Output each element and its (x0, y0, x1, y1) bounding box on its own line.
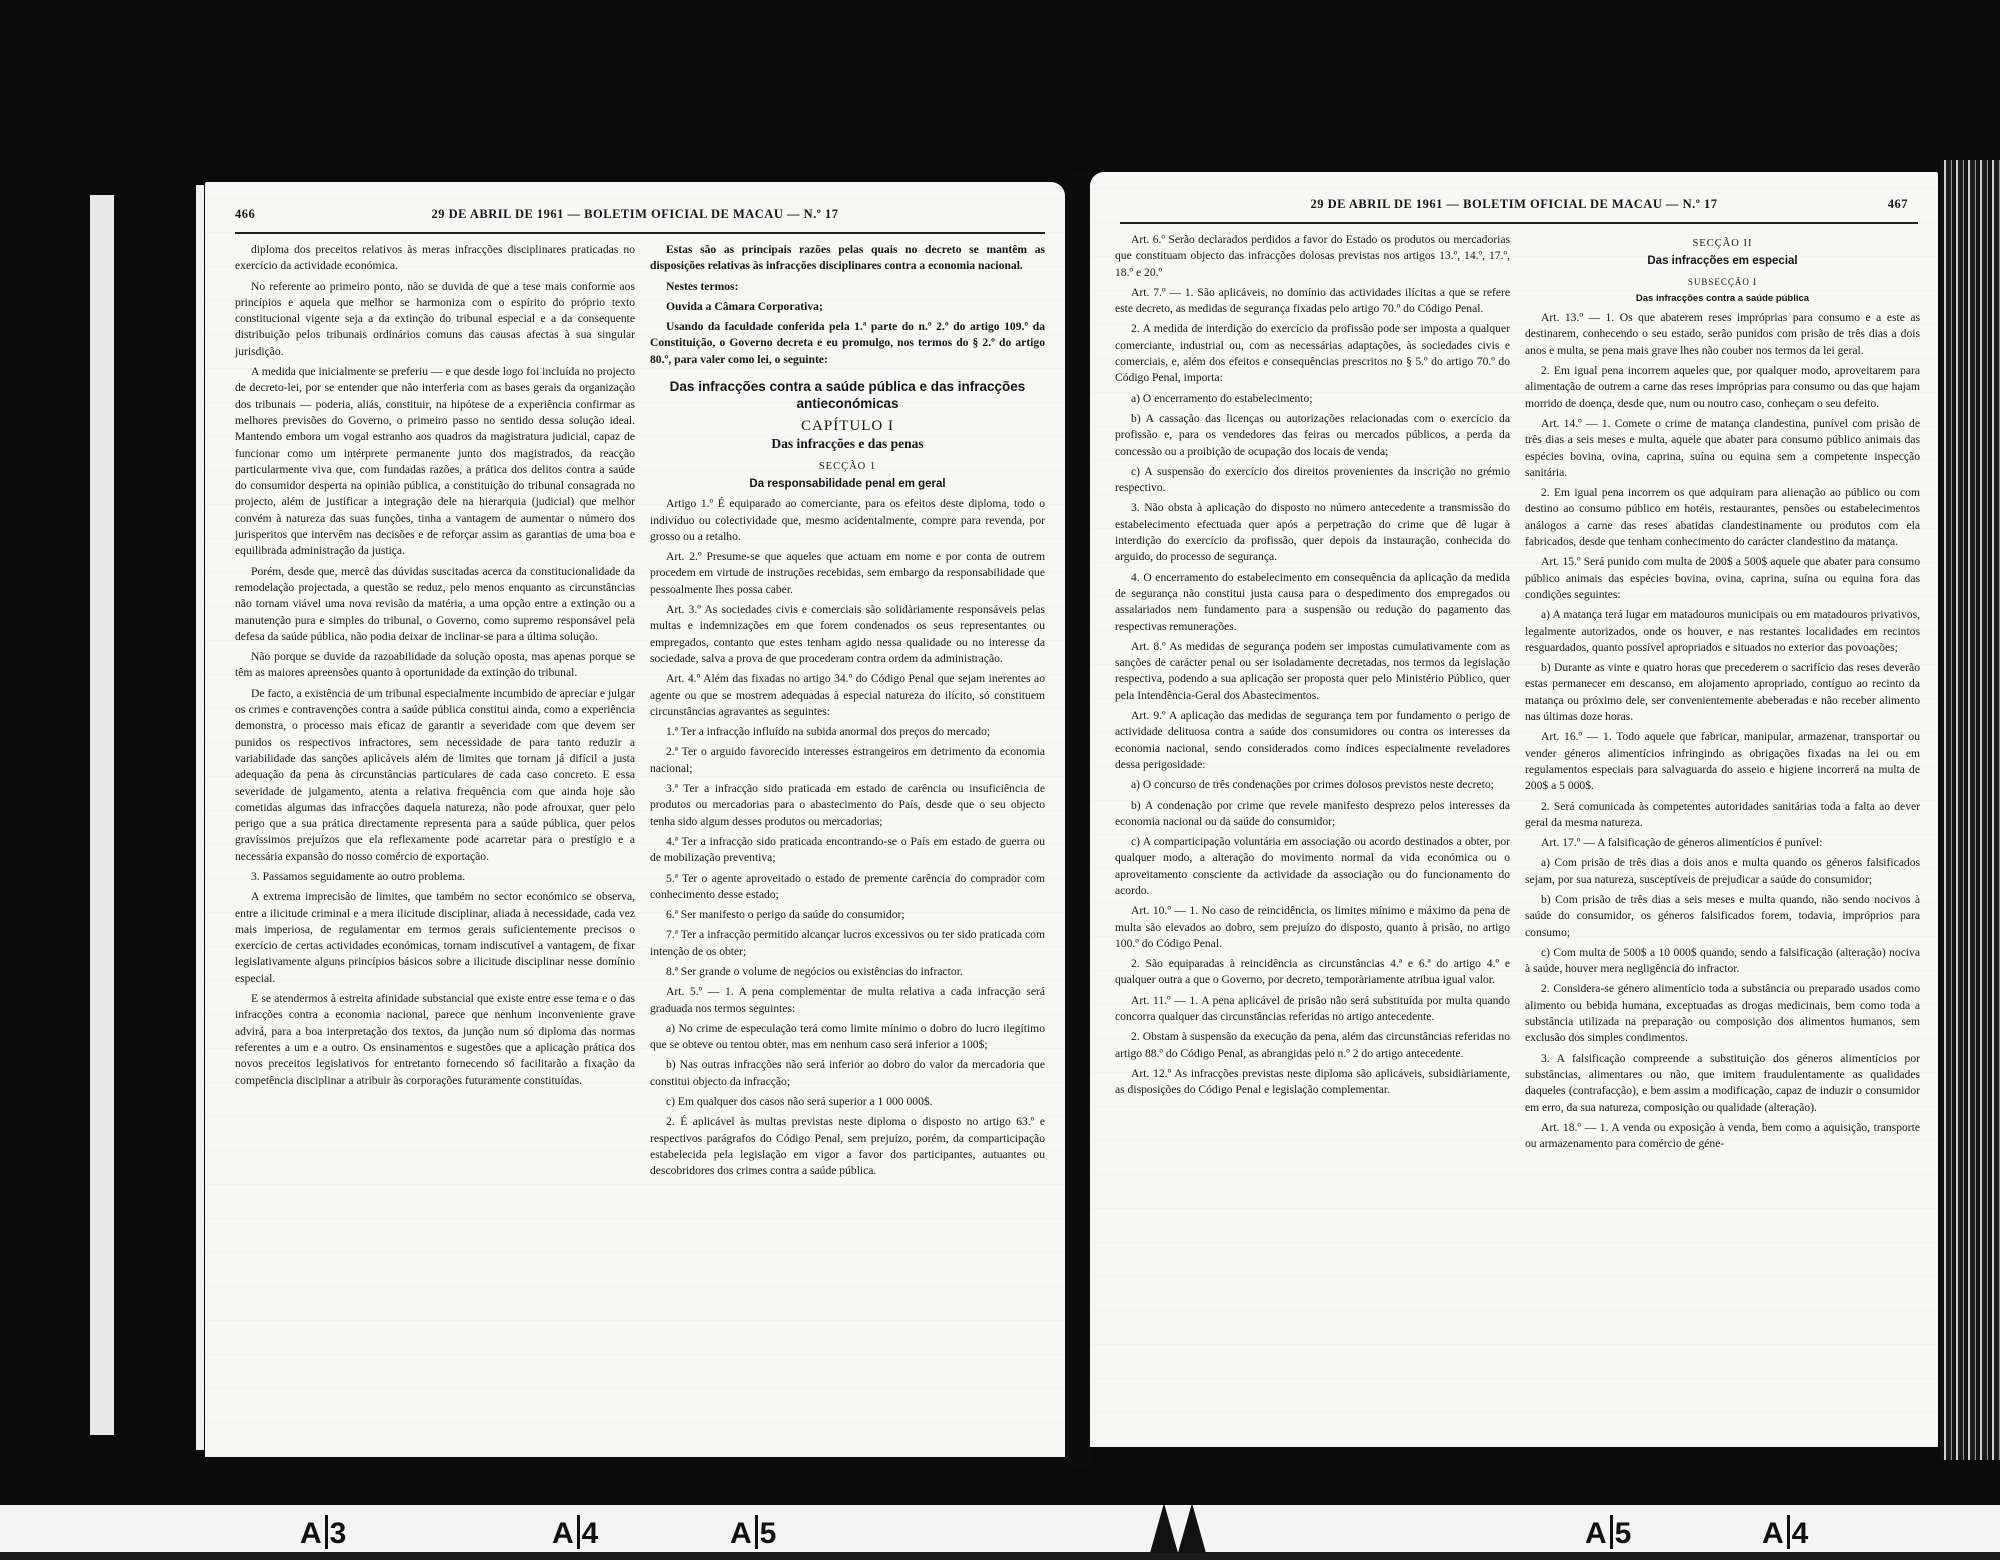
paragraph: 1.ª Ter a infracção influído na subida a… (650, 724, 1045, 740)
paragraph: 2. Obstam à suspensão da execução da pen… (1115, 1029, 1510, 1062)
film-marker: A3 (300, 1515, 347, 1551)
subsection-heading: SUBSECÇÃO I (1525, 274, 1920, 290)
paragraph: Porém, desde que, mercê das dúvidas susc… (235, 564, 635, 645)
paragraph: Art. 4.º Além das fixadas no artigo 34.º… (650, 671, 1045, 720)
paragraph: a) Com prisão de três dias a dois anos e… (1525, 855, 1920, 888)
paragraph: Art. 8.º As medidas de segurança podem s… (1115, 639, 1510, 704)
paragraph: A extrema imprecisão de limites, que tam… (235, 889, 635, 987)
paragraph: c) A suspensão do exercício dos direitos… (1115, 464, 1510, 497)
paragraph: diploma dos preceitos relativos às meras… (235, 242, 635, 275)
paragraph: 3. A falsificação compreende a substitui… (1525, 1051, 1920, 1116)
left-page: 466 29 DE ABRIL DE 1961 — BOLETIM OFICIA… (205, 182, 1065, 1457)
paragraph: Art. 9.º A aplicação das medidas de segu… (1115, 708, 1510, 773)
subsection-title: Das infracções contra a saúde pública (1525, 291, 1920, 307)
paragraph: Art. 14.º — 1. Comete o crime de matança… (1525, 416, 1920, 481)
film-notch-left (1150, 1503, 1178, 1553)
paragraph: Art. 3.º As sociedades civis e comerciai… (650, 602, 1045, 667)
right-page-column-2: SECÇÃO II Das infracções em especial SUB… (1525, 232, 1920, 1156)
paragraph: 2. É aplicável às multas previstas neste… (650, 1114, 1045, 1179)
film-marker: A5 (730, 1515, 777, 1551)
film-marker: A4 (552, 1515, 599, 1551)
left-page-column-1: diploma dos preceitos relativos às meras… (235, 242, 635, 1093)
decree-title: Das infracções contra a saúde pública e … (650, 378, 1045, 412)
header-rule (235, 232, 1045, 234)
paragraph: b) A condenação por crime que revele man… (1115, 798, 1510, 831)
chapter-heading: CAPÍTULO I (650, 418, 1045, 434)
paragraph: b) Durante as vinte e quatro horas que p… (1525, 660, 1920, 725)
paragraph: 4.ª Ter a infracção sido praticada encon… (650, 834, 1045, 867)
paragraph: b) Com prisão de três dias a seis meses … (1525, 892, 1920, 941)
paragraph: A medida que inicialmente se preferiu — … (235, 364, 635, 560)
paragraph: Ouvida a Câmara Corporativa; (650, 299, 1045, 315)
right-page: 29 DE ABRIL DE 1961 — BOLETIM OFICIAL DE… (1090, 172, 1938, 1447)
paragraph: Não porque se duvide da razoabilidade da… (235, 649, 635, 682)
paragraph: 2. São equiparadas à reincidência as cir… (1115, 956, 1510, 989)
paragraph: 2.ª Ter o arguido favorecido interesses … (650, 744, 1045, 777)
page-stack-edge-inner (196, 185, 204, 1450)
paragraph: E se atendermos à estreita afinidade sub… (235, 991, 635, 1089)
film-notch-right (1178, 1503, 1206, 1553)
paragraph: 6.ª Ser manifesto o perigo da saúde do c… (650, 907, 1045, 923)
paragraph: a) O concurso de três condenações por cr… (1115, 777, 1510, 793)
paragraph: a) No crime de especulação terá como lim… (650, 1021, 1045, 1054)
paragraph: Art. 2.º Presume-se que aqueles que actu… (650, 549, 1045, 598)
paragraph: Artigo 1.º É equiparado ao comerciante, … (650, 496, 1045, 545)
paragraph: 5.ª Ter o agente aproveitado o estado de… (650, 871, 1045, 904)
paragraph: Art. 11.º — 1. A pena aplicável de prisã… (1115, 993, 1510, 1026)
book-gutter (1065, 170, 1090, 1470)
paragraph: Art. 10.º — 1. No caso de reincidência, … (1115, 903, 1510, 952)
page-number: 467 (1888, 197, 1908, 212)
paragraph: Nestes termos: (650, 279, 1045, 295)
paragraph: 8.ª Ser grande o volume de negócios ou e… (650, 964, 1045, 980)
film-marker: A5 (1585, 1515, 1632, 1551)
paragraph: Art. 6.º Serão declarados perdidos a fav… (1115, 232, 1510, 281)
paragraph: Estas são as principais razões pelas qua… (650, 242, 1045, 275)
paragraph: a) O encerramento do estabelecimento; (1115, 391, 1510, 407)
paragraph: 7.ª Ter a infracção permitido alcançar l… (650, 927, 1045, 960)
paragraph: Art. 7.º — 1. São aplicáveis, no domínio… (1115, 285, 1510, 318)
paragraph: 2. Será comunicada às competentes autori… (1525, 799, 1920, 832)
film-marker: A4 (1762, 1515, 1809, 1551)
paragraph: b) Nas outras infracções não será inferi… (650, 1057, 1045, 1090)
paragraph: 2. Em igual pena incorrem os que adquira… (1525, 485, 1920, 550)
paragraph: De facto, a existência de um tribunal es… (235, 686, 635, 865)
paragraph: Art. 15.º Será punido com multa de 200$ … (1525, 554, 1920, 603)
chapter-title: Das infracções e das penas (650, 436, 1045, 452)
paragraph: Usando da faculdade conferida pela 1.ª p… (650, 319, 1045, 368)
paragraph: No referente ao primeiro ponto, não se d… (235, 279, 635, 360)
paragraph: Art. 12.º As infracções previstas neste … (1115, 1066, 1510, 1099)
section-heading: SECÇÃO II (1525, 236, 1920, 252)
paragraph: 3. Passamos seguidamente ao outro proble… (235, 869, 635, 885)
paragraph: c) A comparticipação voluntária em assoc… (1115, 834, 1510, 899)
running-head-left: 466 29 DE ABRIL DE 1961 — BOLETIM OFICIA… (235, 207, 1035, 229)
microfilm-strip: A3 A4 A5 A5 A4 (0, 1505, 2000, 1560)
running-head-title: 29 DE ABRIL DE 1961 — BOLETIM OFICIAL DE… (235, 207, 1035, 222)
header-rule (1120, 222, 1918, 224)
paragraph: c) Em qualquer dos casos não será superi… (650, 1094, 1045, 1110)
running-head-title: 29 DE ABRIL DE 1961 — BOLETIM OFICIAL DE… (1120, 197, 1908, 212)
paragraph: 2. Considera-se género alimentício toda … (1525, 981, 1920, 1046)
paragraph: Art. 13.º — 1. Os que abaterem reses imp… (1525, 310, 1920, 359)
paragraph: a) A matança terá lugar em matadouros mu… (1525, 607, 1920, 656)
page-stack-edge-right (1940, 160, 2000, 1460)
paragraph: Art. 18.º — 1. A venda ou exposição à ve… (1525, 1120, 1920, 1153)
paragraph: Art. 16.º — 1. Todo aquele que fabricar,… (1525, 729, 1920, 794)
paragraph: 4. O encerramento do estabelecimento em … (1115, 570, 1510, 635)
page-stack-edge-left (90, 195, 114, 1435)
running-head-right: 29 DE ABRIL DE 1961 — BOLETIM OFICIAL DE… (1120, 197, 1908, 219)
left-page-column-2: Estas são as principais razões pelas qua… (650, 242, 1045, 1184)
paragraph: 2. Em igual pena incorrem aqueles que, p… (1525, 363, 1920, 412)
right-page-column-1: Art. 6.º Serão declarados perdidos a fav… (1115, 232, 1510, 1103)
section-title: Da responsabilidade penal em geral (650, 476, 1045, 492)
section-heading: SECÇÃO 1 (650, 459, 1045, 475)
paragraph: 2. A medida de interdição do exercício d… (1115, 321, 1510, 386)
paragraph: 3.ª Ter a infracção sido praticada em es… (650, 781, 1045, 830)
paragraph: c) Com multa de 500$ a 10 000$ quando, s… (1525, 945, 1920, 978)
paragraph: Art. 5.º — 1. A pena complementar de mul… (650, 984, 1045, 1017)
paragraph: 3. Não obsta à aplicação do disposto no … (1115, 500, 1510, 565)
paragraph: b) A cassação das licenças ou autorizaçõ… (1115, 411, 1510, 460)
section-title: Das infracções em especial (1525, 253, 1920, 269)
paragraph: Art. 17.º — A falsificação de géneros al… (1525, 835, 1920, 851)
